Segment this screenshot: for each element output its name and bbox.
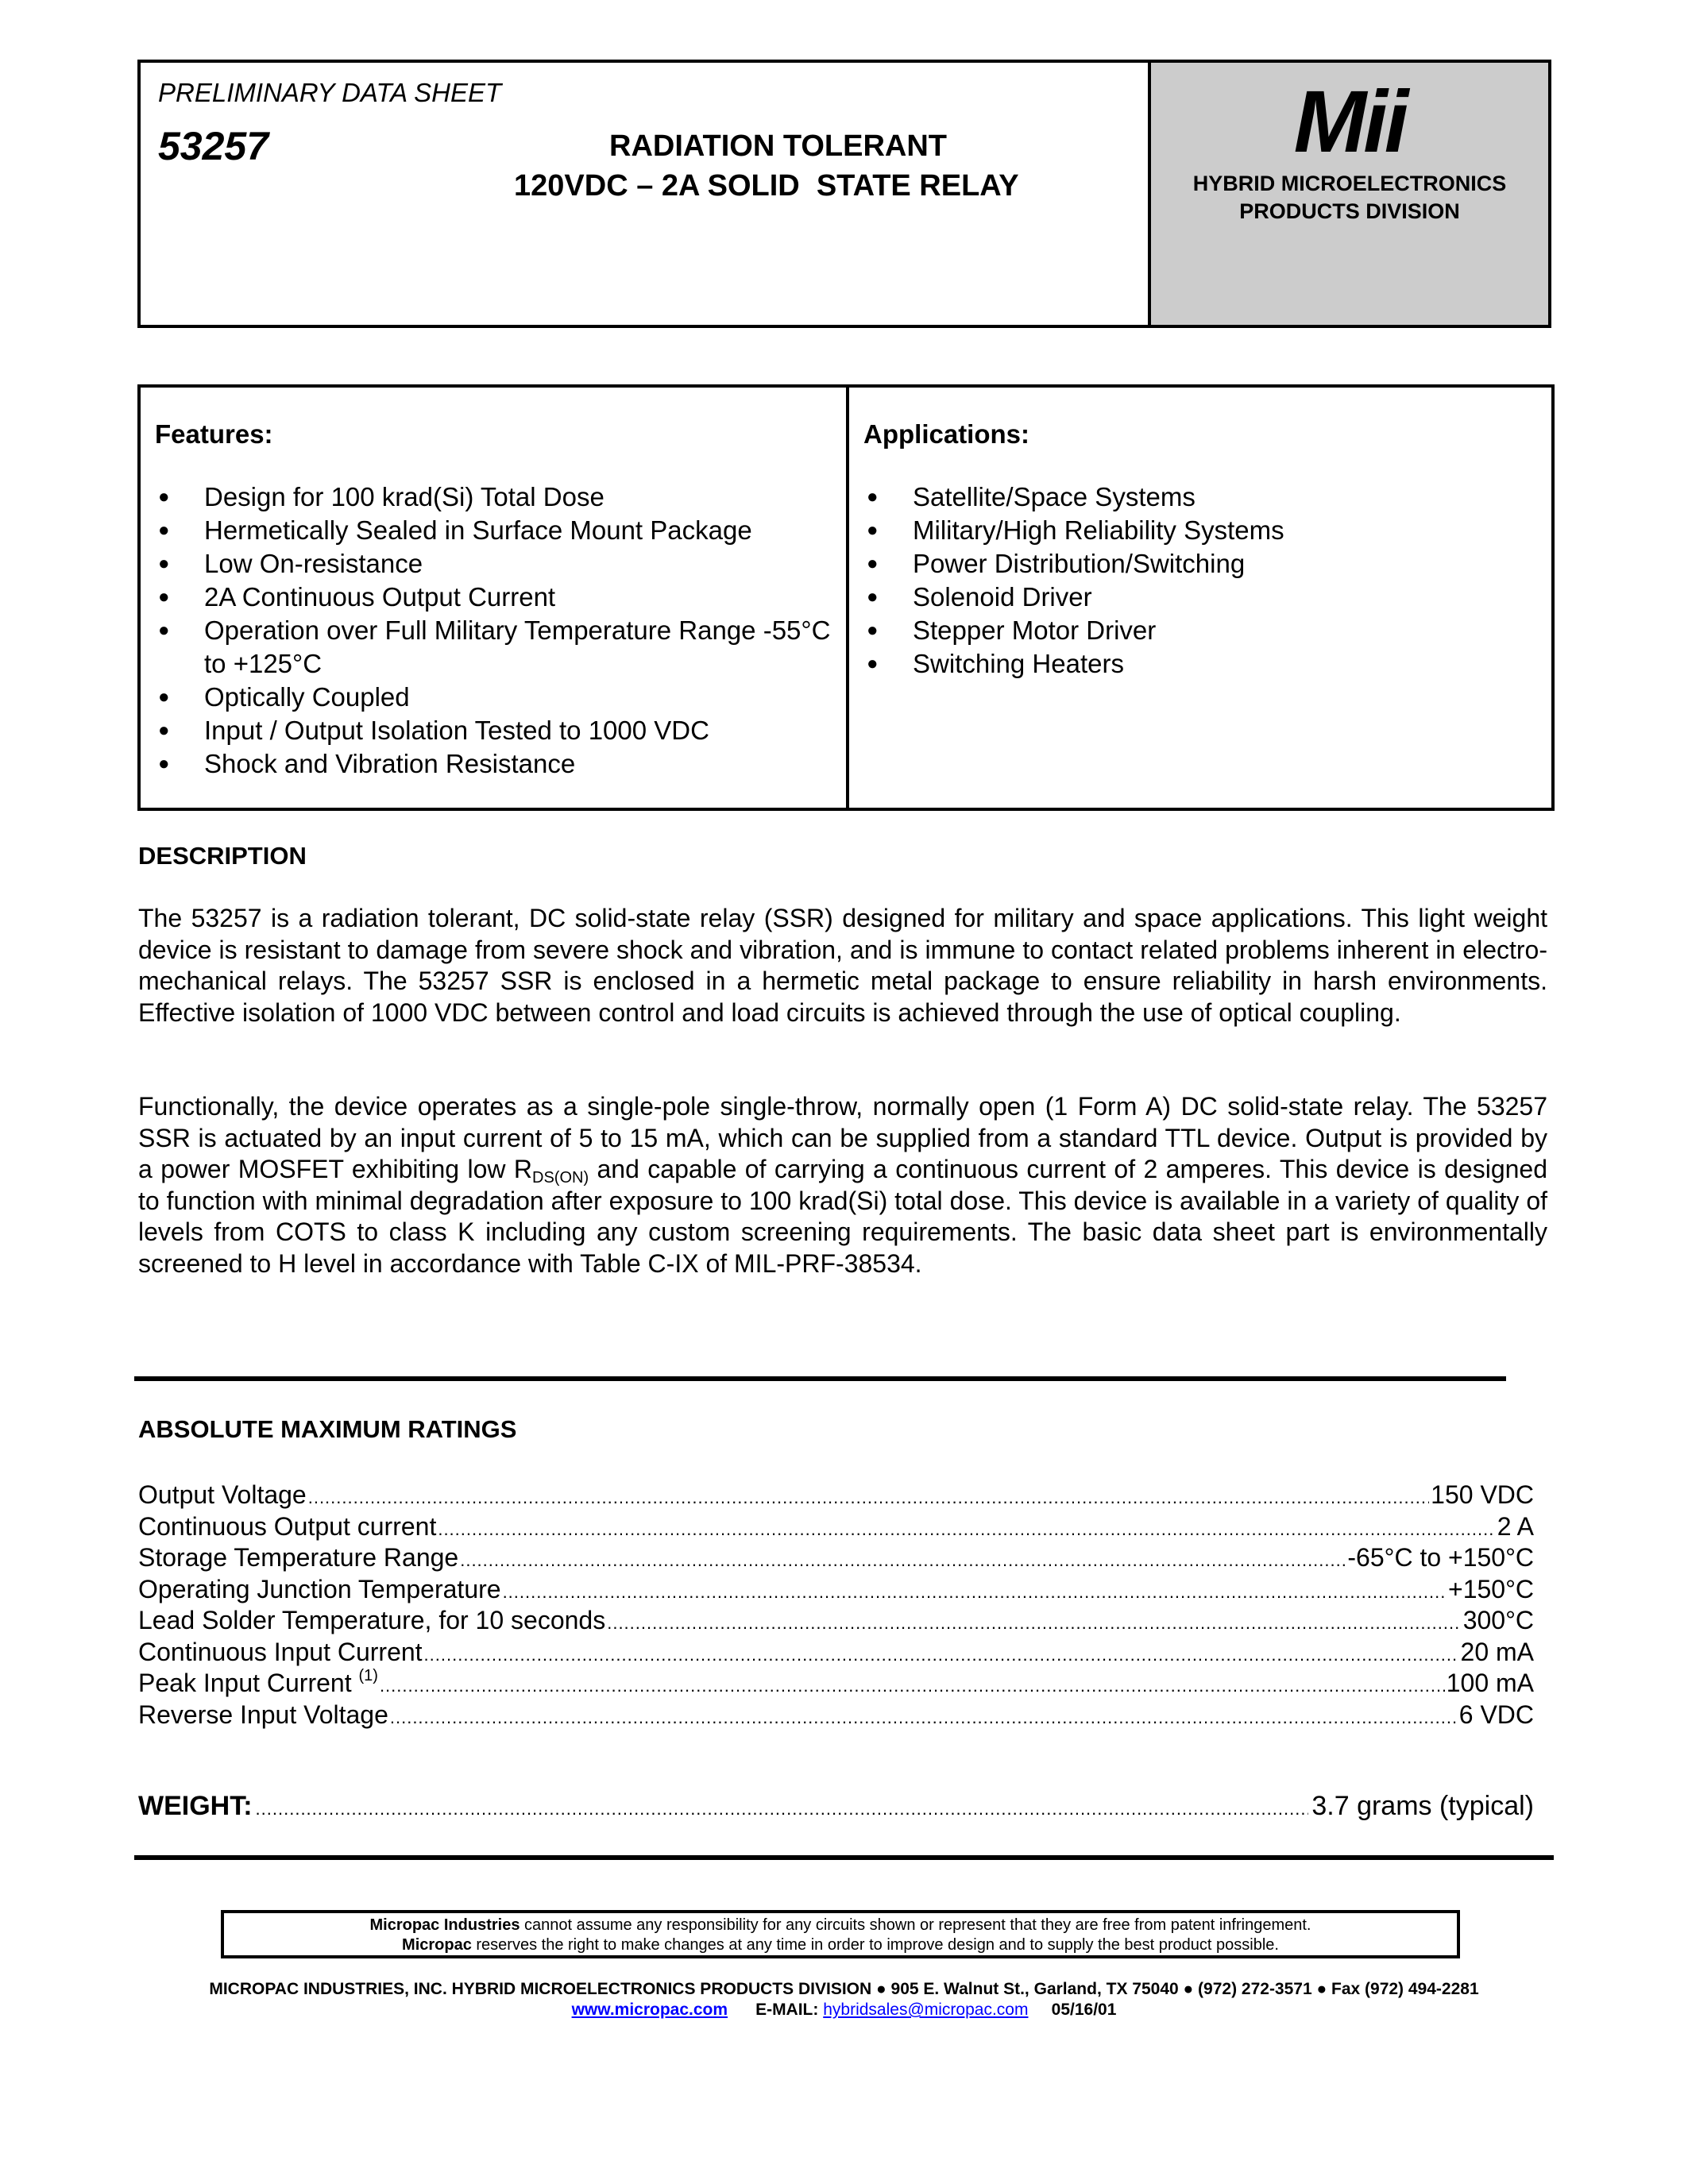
rating-row: Operating Junction Temperature+150°C	[138, 1575, 1534, 1607]
bullet-icon: ●	[158, 714, 170, 747]
application-item-text: Military/High Reliability Systems	[913, 515, 1284, 545]
feature-item-text: Optically Coupled	[204, 682, 410, 712]
bullet-icon: ●	[867, 581, 879, 614]
feature-item-text: Hermetically Sealed in Surface Mount Pac…	[204, 515, 752, 545]
rating-value: -65°C to +150°C	[1347, 1543, 1534, 1572]
rating-label: Reverse Input Voltage	[138, 1700, 388, 1730]
bullet-icon: ●	[867, 614, 879, 647]
rating-value: 100 mA	[1447, 1669, 1534, 1698]
bullet-icon: ●	[158, 681, 170, 714]
rating-value: 6 VDC	[1459, 1700, 1534, 1730]
disclaimer-line-1: Micropac Industries cannot assume any re…	[224, 1916, 1457, 1935]
dot-leader	[503, 1582, 1447, 1603]
application-item: ●Stepper Motor Driver	[863, 614, 1543, 647]
feature-item-text: Operation over Full Military Temperature…	[204, 615, 830, 678]
bullet-icon: ●	[867, 547, 879, 581]
email-link[interactable]: hybridsales@micropac.com	[823, 2001, 1028, 2019]
feature-item: ●Shock and Vibration Resistance	[155, 747, 838, 781]
dot-leader	[607, 1613, 1461, 1634]
bullet-icon: ●	[867, 480, 879, 514]
dot-leader	[390, 1707, 1458, 1728]
rating-label-text: Output Voltage	[138, 1480, 307, 1509]
rating-label: Output Voltage	[138, 1480, 307, 1510]
application-item: ●Switching Heaters	[863, 647, 1543, 681]
features-list: ●Design for 100 krad(Si) Total Dose●Herm…	[155, 480, 838, 781]
title-line-2: 120VDC – 2A SOLID STATE RELAY	[514, 169, 1019, 203]
rating-label-text: Reverse Input Voltage	[138, 1700, 388, 1729]
application-item-text: Solenoid Driver	[913, 582, 1092, 612]
feature-item-text: Input / Output Isolation Tested to 1000 …	[204, 716, 709, 745]
company-name: Micropac Industries	[370, 1916, 520, 1934]
rating-row: Peak Input Current (1)100 mA	[138, 1669, 1534, 1700]
bullet-icon: ●	[158, 514, 170, 547]
division-name-line-2: PRODUCTS DIVISION	[1151, 199, 1548, 224]
rating-label: Peak Input Current (1)	[138, 1669, 378, 1698]
applications-section: Applications: ●Satellite/Space Systems●M…	[849, 388, 1551, 808]
section-divider	[134, 1855, 1554, 1860]
company-logo: Mii	[1151, 79, 1548, 166]
rating-label-text: Operating Junction Temperature	[138, 1575, 501, 1603]
company-name: Micropac	[402, 1936, 472, 1954]
dot-leader	[460, 1550, 1346, 1571]
rating-value: 20 mA	[1461, 1638, 1534, 1667]
disclaimer-text: reserves the right to make changes at an…	[472, 1936, 1279, 1954]
header-title-area: PRELIMINARY DATA SHEET 53257 RADIATION T…	[141, 63, 1148, 325]
applications-title: Applications:	[863, 419, 1029, 450]
rating-row: Output Voltage150 VDC	[138, 1480, 1534, 1512]
weight-label: WEIGHT:	[138, 1791, 253, 1822]
bullet-icon: ●	[158, 747, 170, 781]
feature-item-text: Design for 100 krad(Si) Total Dose	[204, 482, 605, 511]
feature-item: ●Optically Coupled	[155, 681, 838, 714]
feature-item-text: Shock and Vibration Resistance	[204, 749, 575, 778]
dot-leader	[308, 1488, 1429, 1508]
rating-value: 150 VDC	[1431, 1480, 1534, 1510]
feature-item: ●Low On-resistance	[155, 547, 838, 581]
dot-leader	[256, 1799, 1309, 1819]
dot-leader	[380, 1676, 1445, 1696]
rating-row: Storage Temperature Range-65°C to +150°C	[138, 1543, 1534, 1575]
bullet-icon: ●	[158, 581, 170, 614]
rating-label-text: Peak Input Current	[138, 1669, 352, 1697]
rating-label: Continuous Input Current	[138, 1638, 423, 1667]
rating-label: Operating Junction Temperature	[138, 1575, 501, 1604]
dot-leader	[424, 1645, 1459, 1665]
bullet-icon: ●	[867, 514, 879, 547]
rating-value: +150°C	[1448, 1575, 1534, 1604]
dot-leader	[438, 1519, 1495, 1540]
applications-list: ●Satellite/Space Systems●Military/High R…	[863, 480, 1543, 681]
rating-label-text: Lead Solder Temperature, for 10 seconds	[138, 1606, 605, 1634]
bullet-icon: ●	[158, 480, 170, 514]
logo-panel: Mii HYBRID MICROELECTRONICS PRODUCTS DIV…	[1148, 63, 1548, 325]
rating-value: 300°C	[1463, 1606, 1534, 1635]
division-name-line-1: HYBRID MICROELECTRONICS	[1151, 172, 1548, 196]
bullet-icon: ●	[867, 647, 879, 681]
email-label: E-MAIL:	[755, 2001, 818, 2019]
rating-label: Storage Temperature Range	[138, 1543, 458, 1572]
rating-label-text: Storage Temperature Range	[138, 1543, 458, 1572]
document-type: PRELIMINARY DATA SHEET	[158, 78, 501, 108]
description-heading: DESCRIPTION	[138, 842, 307, 870]
feature-item: ●Design for 100 krad(Si) Total Dose	[155, 480, 838, 514]
description-paragraph-1: The 53257 is a radiation tolerant, DC so…	[138, 903, 1547, 1028]
rating-row: Lead Solder Temperature, for 10 seconds3…	[138, 1606, 1534, 1638]
rating-label: Lead Solder Temperature, for 10 seconds	[138, 1606, 605, 1635]
section-divider	[134, 1376, 1506, 1381]
feature-item-text: Low On-resistance	[204, 549, 423, 578]
disclaimer-line-2: Micropac reserves the right to make chan…	[224, 1935, 1457, 1955]
header-box: PRELIMINARY DATA SHEET 53257 RADIATION T…	[137, 60, 1551, 328]
application-item-text: Switching Heaters	[913, 649, 1124, 678]
ratings-heading: ABSOLUTE MAXIMUM RATINGS	[138, 1415, 516, 1444]
application-item-text: Power Distribution/Switching	[913, 549, 1245, 578]
rating-label-text: Continuous Input Current	[138, 1638, 423, 1666]
disclaimer-box: Micropac Industries cannot assume any re…	[221, 1910, 1460, 1958]
feature-item-text: 2A Continuous Output Current	[204, 582, 555, 612]
features-section: Features: ●Design for 100 krad(Si) Total…	[141, 388, 849, 808]
feature-item: ●Hermetically Sealed in Surface Mount Pa…	[155, 514, 838, 547]
application-item: ●Solenoid Driver	[863, 581, 1543, 614]
feature-item: ●Operation over Full Military Temperatur…	[155, 614, 838, 681]
features-applications-box: Features: ●Design for 100 krad(Si) Total…	[137, 384, 1555, 811]
bullet-icon: ●	[158, 614, 170, 647]
rating-label: Continuous Output current	[138, 1512, 436, 1542]
features-title: Features:	[155, 419, 273, 450]
weight-row: WEIGHT: 3.7 grams (typical)	[138, 1791, 1534, 1822]
bullet-icon: ●	[158, 547, 170, 581]
application-item-text: Stepper Motor Driver	[913, 615, 1156, 645]
weight-value: 3.7 grams (typical)	[1311, 1791, 1534, 1822]
rating-row: Continuous Input Current20 mA	[138, 1638, 1534, 1669]
footnote-ref: (1)	[358, 1667, 377, 1684]
rating-row: Continuous Output current2 A	[138, 1512, 1534, 1544]
footer-address: MICROPAC INDUSTRIES, INC. HYBRID MICROEL…	[0, 1980, 1688, 1999]
rating-value: 2 A	[1497, 1512, 1534, 1542]
feature-item: ●Input / Output Isolation Tested to 1000…	[155, 714, 838, 747]
application-item: ●Military/High Reliability Systems	[863, 514, 1543, 547]
application-item-text: Satellite/Space Systems	[913, 482, 1196, 511]
application-item: ●Power Distribution/Switching	[863, 547, 1543, 581]
footer-contact: www.micropac.com E-MAIL: hybridsales@mic…	[0, 2001, 1688, 2020]
application-item: ●Satellite/Space Systems	[863, 480, 1543, 514]
rating-label-text: Continuous Output current	[138, 1512, 436, 1541]
rating-row: Reverse Input Voltage6 VDC	[138, 1700, 1534, 1732]
rds-on-subscript: DS(ON)	[532, 1169, 589, 1187]
feature-item: ●2A Continuous Output Current	[155, 581, 838, 614]
revision-date: 05/16/01	[1052, 2001, 1117, 2019]
website-link[interactable]: www.micropac.com	[572, 2001, 728, 2019]
ratings-list: Output Voltage150 VDCContinuous Output c…	[138, 1480, 1534, 1731]
description-paragraph-2: Functionally, the device operates as a s…	[138, 1091, 1547, 1279]
title-line-1: RADIATION TOLERANT	[141, 129, 1148, 164]
disclaimer-text: cannot assume any responsibility for any…	[520, 1916, 1311, 1934]
